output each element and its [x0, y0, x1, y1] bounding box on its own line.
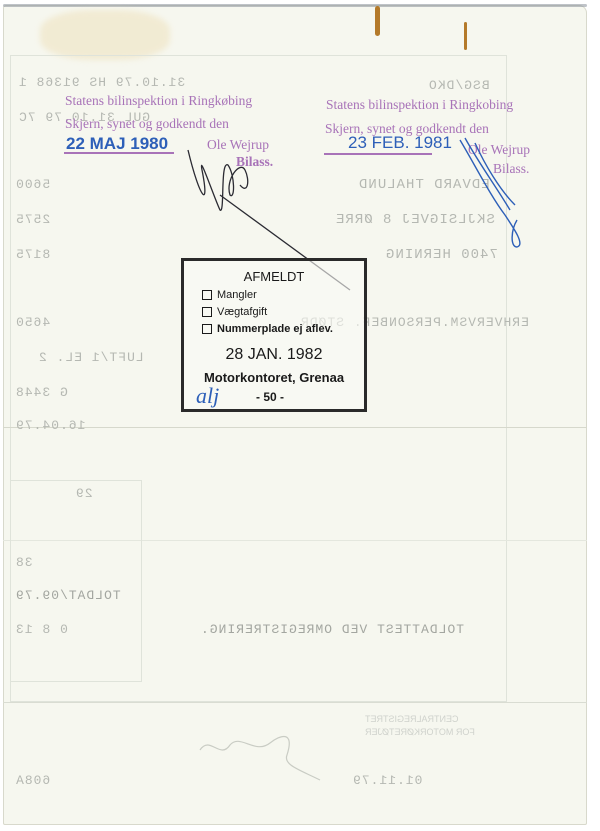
rust-mark — [375, 6, 380, 36]
bleed-issue-date: 01.11.79 — [352, 773, 422, 788]
bleed-header-code: BSG/DKO — [428, 78, 490, 93]
stamp-date: 28 JAN. 1982 — [184, 346, 364, 364]
checkbox-square-icon — [202, 307, 212, 317]
bleed-registry-line1: CENTRALREGISTRET — [365, 714, 459, 724]
fold-line — [3, 427, 587, 428]
form-rule — [3, 702, 587, 703]
paper-top-edge — [3, 4, 587, 7]
bleed-numbers-row: 0 8 13 — [15, 622, 68, 637]
checkbox-label: Nummerplade ej aflev. — [217, 323, 333, 335]
bleed-engine: G 3448 — [15, 385, 68, 400]
stamp1-underline — [64, 152, 174, 154]
bleed-seats: 29 — [75, 486, 93, 501]
checkbox-square-icon — [202, 324, 212, 334]
signature-scribble-2 — [455, 135, 545, 265]
handwritten-initials: alj — [196, 383, 219, 409]
bleed-reg-date: 16.04.79 — [15, 418, 85, 433]
stamp2-line1: Statens bilinspektion i Ringkobing — [326, 98, 513, 112]
bleed-fuel: LUFT/1 EL. 2 — [38, 350, 144, 365]
stamp-title: AFMELDT — [184, 269, 364, 284]
stamp-number: - 50 - — [256, 390, 284, 404]
bleed-weight: 38 — [15, 555, 33, 570]
checkbox-square-icon — [202, 290, 212, 300]
form-cell — [10, 480, 142, 682]
stamp1-line1: Statens bilinspektion i Ringkøbing — [65, 94, 252, 108]
deregistration-stamp: AFMELDT Mangler Vægtafgift Nummerplade e… — [181, 258, 367, 412]
checkbox-nummerplade: Nummerplade ej aflev. — [202, 323, 333, 335]
checkbox-vaegtafgift: Vægtafgift — [202, 306, 267, 318]
bleed-code4: 4650 — [15, 315, 50, 330]
checkbox-mangler: Mangler — [202, 289, 257, 301]
bleed-customs: TOLDAT/09.79 — [15, 588, 121, 603]
bleed-code3: 8175 — [15, 247, 50, 262]
stamp1-line2: Skjern, synet og godkendt den — [65, 117, 229, 131]
checkbox-label: Mangler — [217, 289, 257, 301]
paper-stain — [40, 10, 170, 60]
rust-mark — [464, 22, 467, 50]
stamp1-date: 22 MAJ 1980 — [66, 134, 168, 154]
bleed-row1: 31.10.79 HS 91368 1 — [18, 75, 185, 90]
bleed-form-code: 608A — [15, 773, 50, 788]
bleed-remark: TOLDATTEST VED OMREGISTRERING. — [200, 622, 464, 637]
bleed-code1: 5600 — [15, 177, 50, 192]
faint-registry-signature — [195, 725, 335, 785]
checkbox-label: Vægtafgift — [217, 306, 267, 318]
bleed-code2: 2575 — [15, 212, 50, 227]
bleed-registry-line2: FOR MOTORKØRETØJER — [365, 727, 475, 737]
